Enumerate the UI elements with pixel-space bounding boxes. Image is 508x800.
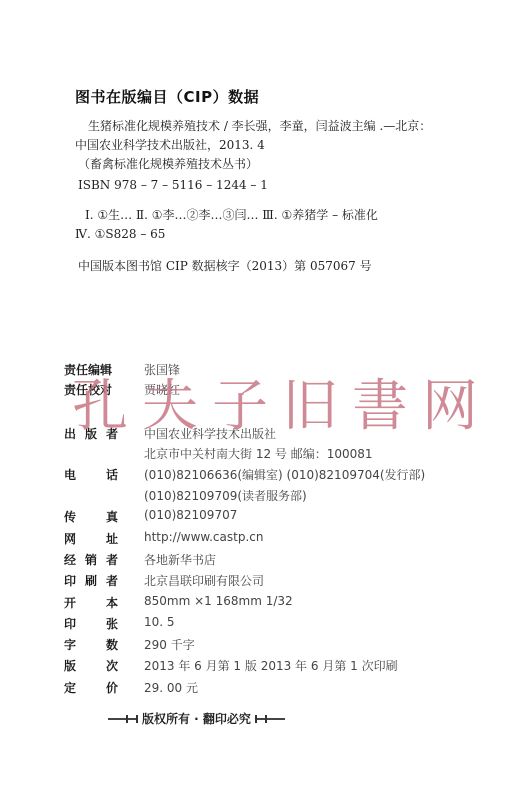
row-value: (010)82109707 <box>144 508 237 522</box>
cip-line-subjects: Ⅰ. ①生… Ⅱ. ①李…②李…③闫… Ⅲ. ①养猪学 – 标准化 <box>85 206 378 223</box>
row-value: 290 千字 <box>144 636 195 653</box>
cip-line-publisher: 中国农业科学技术出版社，2013. 4 <box>75 136 265 153</box>
cip-line-isbn: ISBN 978 – 7 – 5116 – 1244 – 1 <box>78 178 268 192</box>
row-value: (010)82109709(读者服务部) <box>144 487 307 504</box>
copyright-notice: 版权所有 · 翻印必究 <box>108 710 285 727</box>
row-value: 张国锋 <box>144 361 180 378</box>
row-value: 各地新华书店 <box>144 551 216 568</box>
cip-line-record-number: 中国版本图书馆 CIP 数据核字（2013）第 057067 号 <box>78 257 372 274</box>
ornament-right-icon <box>255 716 285 722</box>
row-value: (010)82106636(编辑室) (010)82109704(发行部) <box>144 466 425 483</box>
row-value: 北京昌联印刷有限公司 <box>144 572 264 589</box>
row-value: 北京市中关村南大街 12 号 邮编：100081 <box>144 445 373 462</box>
row-label: 字数 <box>64 636 122 653</box>
row-value: http://www.castp.cn <box>144 530 263 544</box>
watermark: 孔夫子旧書网 <box>72 362 492 442</box>
row-value: 贾晓红 <box>144 381 180 398</box>
row-value: 850mm ×1 168mm 1/32 <box>144 594 293 608</box>
row-value: 10. 5 <box>144 615 175 629</box>
row-label: 经销者 <box>64 551 122 568</box>
cip-line-series: （畜禽标准化规模养殖技术丛书） <box>78 155 258 172</box>
row-value: 中国农业科学技术出版社 <box>144 425 276 442</box>
ornament-left-icon <box>108 716 138 722</box>
row-label: 定价 <box>64 679 122 696</box>
row-label: 责任编辑 <box>64 361 122 378</box>
cip-title: 图书在版编目（CIP）数据 <box>75 86 259 107</box>
row-label: 印刷者 <box>64 572 122 589</box>
row-value: 2013 年 6 月第 1 版 2013 年 6 月第 1 次印刷 <box>144 657 398 674</box>
row-label: 开本 <box>64 594 122 611</box>
cip-line-title-authors: 生猪标准化规模养殖技术 / 李长强，李童，闫益波主编 .—北京： <box>88 117 431 134</box>
row-label: 出版者 <box>64 425 122 442</box>
cip-line-classification: Ⅳ. ①S828 – 65 <box>75 227 165 241</box>
row-label: 电话 <box>64 466 122 483</box>
row-label: 责任校对 <box>64 381 122 398</box>
row-label: 版次 <box>64 657 122 674</box>
row-label: 网址 <box>64 530 122 547</box>
row-label: 传真 <box>64 508 122 525</box>
row-label: 印张 <box>64 615 122 632</box>
row-value: 29. 00 元 <box>144 679 198 696</box>
copyright-text: 版权所有 · 翻印必究 <box>142 710 251 727</box>
